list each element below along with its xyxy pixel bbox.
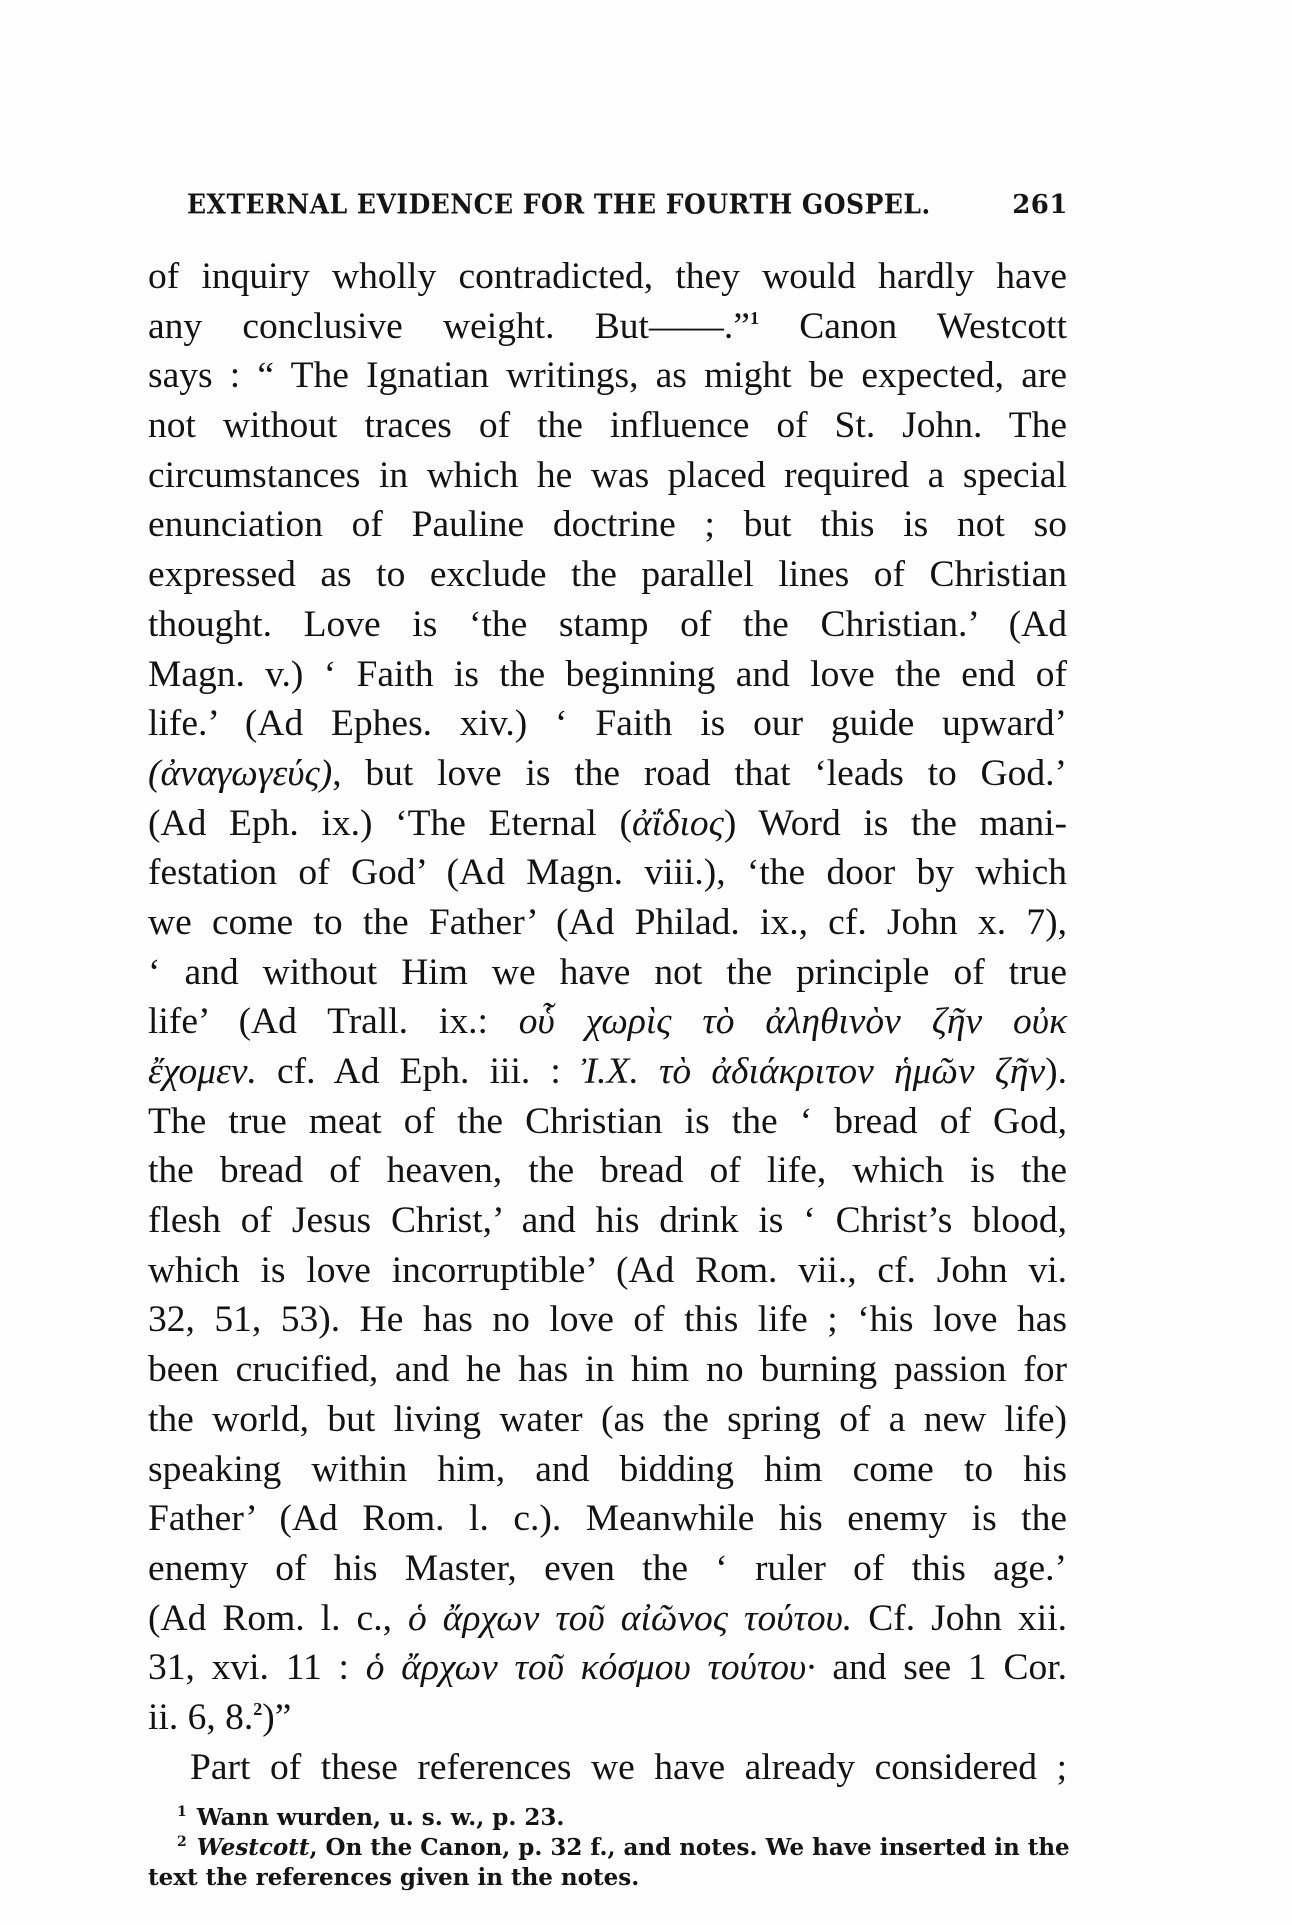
greek-text: (ἀναγωγεύς) bbox=[148, 753, 332, 794]
running-head-title: EXTERNAL EVIDENCE FOR THE FOURTH GOSPEL. bbox=[187, 189, 931, 220]
text-line: (Ad Rom. l. c., ὁ ἄρχων τοῦ αἰῶνος τούτο… bbox=[148, 1594, 1067, 1644]
text-line: circumstances in which he was placed req… bbox=[148, 451, 1067, 501]
footnote-ref-1[interactable]: 1 bbox=[750, 308, 759, 328]
text-span: ). bbox=[1045, 1051, 1067, 1092]
text-line: festation of God’ (Ad Magn. viii.), ‘the… bbox=[148, 848, 1067, 898]
text-span: Canon Westcott bbox=[759, 306, 1067, 347]
text-line: not without traces of the influence of S… bbox=[148, 401, 1067, 451]
footnotes: 1Wann wurden, u. s. w., p. 23. 2Westcott… bbox=[148, 1803, 1067, 1893]
text-line: says : “ The Ignatian writings, as might… bbox=[148, 351, 1067, 401]
book-page: EXTERNAL EVIDENCE FOR THE FOURTH GOSPEL.… bbox=[0, 0, 1292, 1925]
text-line: life.’ (Ad Ephes. xiv.) ‘ Faith is our g… bbox=[148, 699, 1067, 749]
greek-text: ὁ ἄρχων τοῦ κόσμου τούτου· bbox=[366, 1647, 816, 1688]
footnote-2-continuation: text the references given in the notes. bbox=[148, 1863, 1067, 1893]
text-line: ἔχομεν. cf. Ad Eph. iii. : Ἰ.Χ. τὸ ἀδιάκ… bbox=[148, 1047, 1067, 1097]
text-line: been crucified, and he has in him no bur… bbox=[148, 1345, 1067, 1395]
text-span: ) Word is the mani- bbox=[724, 803, 1067, 844]
text-line: (ἀναγωγεύς), but love is the road that ‘… bbox=[148, 749, 1067, 799]
greek-text: ἀΐδιος bbox=[632, 803, 724, 844]
footnote-ref-2[interactable]: 2 bbox=[253, 1699, 262, 1719]
page-number: 261 bbox=[1012, 190, 1068, 220]
text-line: Magn. v.) ‘ Faith is the beginning and l… bbox=[148, 650, 1067, 700]
text-line: speaking within him, and bidding him com… bbox=[148, 1445, 1067, 1495]
body-text: of inquiry wholly contradicted, they wou… bbox=[148, 252, 1067, 1792]
text-span: ii. 6, 8. bbox=[148, 1697, 253, 1738]
text-line: of inquiry wholly contradicted, they wou… bbox=[148, 252, 1067, 302]
text-span: 31, xvi. 11 : bbox=[148, 1647, 366, 1688]
text-line: Father’ (Ad Rom. l. c.). Meanwhile his e… bbox=[148, 1494, 1067, 1544]
text-line: (Ad Eph. ix.) ‘The Eternal (ἀΐδιος) Word… bbox=[148, 799, 1067, 849]
text-span: (Ad Eph. ix.) ‘The Eternal ( bbox=[148, 803, 632, 844]
text-span: any conclusive weight. But——.” bbox=[148, 306, 750, 347]
text-line: any conclusive weight. But——.”1 Canon We… bbox=[148, 302, 1067, 352]
footnote-text: Wann wurden, u. s. w., p. 23. bbox=[197, 1804, 565, 1831]
text-line: 32, 51, 53). He has no love of this life… bbox=[148, 1295, 1067, 1345]
running-head: EXTERNAL EVIDENCE FOR THE FOURTH GOSPEL.… bbox=[187, 186, 1068, 220]
footnote-2: 2Westcott, On the Canon, p. 32 f., and n… bbox=[148, 1833, 1067, 1863]
text-line: flesh of Jesus Christ,’ and his drink is… bbox=[148, 1196, 1067, 1246]
greek-text: ἔχομεν. bbox=[148, 1051, 257, 1092]
text-line: we come to the Father’ (Ad Philad. ix., … bbox=[148, 898, 1067, 948]
text-line: thought. Love is ‘the stamp of the Chris… bbox=[148, 600, 1067, 650]
text-line: enemy of his Master, even the ‘ ruler of… bbox=[148, 1544, 1067, 1594]
footnote-text: , On the Canon, p. 32 f., and notes. We … bbox=[310, 1834, 1070, 1861]
footnote-mark: 2 bbox=[177, 1834, 187, 1850]
text-line: 31, xvi. 11 : ὁ ἄρχων τοῦ κόσμου τούτου·… bbox=[148, 1643, 1067, 1693]
text-span: )” bbox=[262, 1697, 291, 1738]
text-line: The true meat of the Christian is the ‘ … bbox=[148, 1097, 1067, 1147]
text-line: the world, but living water (as the spri… bbox=[148, 1395, 1067, 1445]
greek-text: ὁ ἄρχων τοῦ αἰῶνος τούτου. bbox=[408, 1598, 852, 1639]
footnote-mark: 1 bbox=[177, 1804, 187, 1820]
text-span: (Ad Rom. l. c., bbox=[148, 1598, 408, 1639]
text-line: which is love incorruptible’ (Ad Rom. vi… bbox=[148, 1246, 1067, 1296]
text-span: , but love is the road that ‘leads to Go… bbox=[332, 753, 1067, 794]
text-span: and see 1 Cor. bbox=[816, 1647, 1067, 1688]
footnote-author: Westcott bbox=[197, 1834, 310, 1861]
greek-text: Ἰ.Χ. τὸ ἀδιάκριτον ἡμῶν ζῆν bbox=[581, 1051, 1045, 1092]
text-span: life’ (Ad Trall. ix.: bbox=[148, 1001, 519, 1042]
text-line: life’ (Ad Trall. ix.: οὗ χωρὶς τὸ ἀληθιν… bbox=[148, 997, 1067, 1047]
text-span: Cf. John xii. bbox=[852, 1598, 1067, 1639]
text-line: expressed as to exclude the parallel lin… bbox=[148, 550, 1067, 600]
footnote-1: 1Wann wurden, u. s. w., p. 23. bbox=[148, 1803, 1067, 1833]
paragraph-start-line: Part of these references we have already… bbox=[148, 1743, 1067, 1793]
text-line: the bread of heaven, the bread of life, … bbox=[148, 1146, 1067, 1196]
text-line: ii. 6, 8.2)” bbox=[148, 1693, 1067, 1743]
greek-text: οὗ χωρὶς τὸ ἀληθινὸν ζῆν οὐκ bbox=[519, 1001, 1067, 1042]
text-span: cf. Ad Eph. iii. : bbox=[257, 1051, 581, 1092]
text-line: enunciation of Pauline doctrine ; but th… bbox=[148, 500, 1067, 550]
text-line: ‘ and without Him we have not the princi… bbox=[148, 948, 1067, 998]
